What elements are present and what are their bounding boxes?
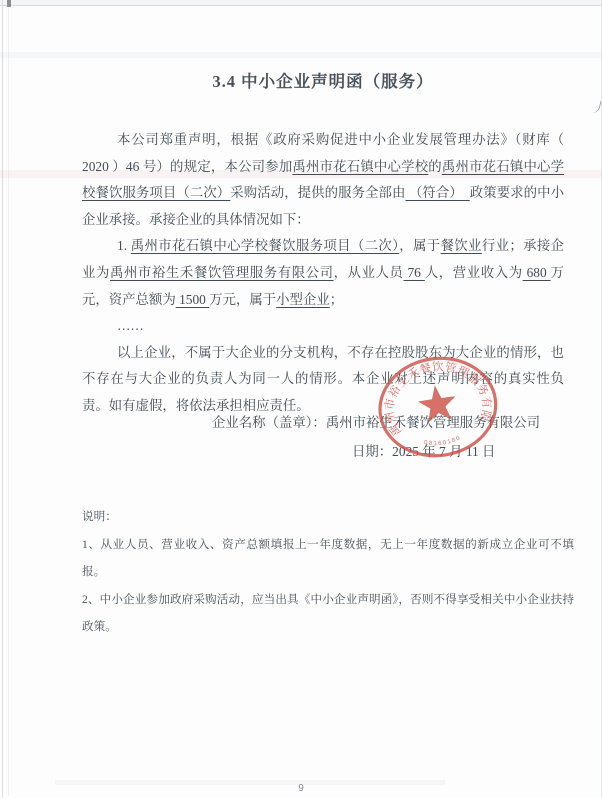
underlined-field: 76 [404,265,425,280]
underlined-field: 禹州市花石镇中心学校 [292,159,428,174]
scan-corner-artifact [7,0,11,7]
text-run: 采购活动，提供的服务全部由 [230,185,405,200]
text-run: 人，营业收入为 [425,265,523,280]
date-value: 2025 年 7 月 11 日 [392,444,495,459]
page-number: 9 [0,783,602,794]
notes-list: 1、从业人员、营业收入、资产总额填报上一年度数据，无上一年度数据的新成立企业可不… [82,531,574,641]
underlined-field: 1500 [176,292,209,307]
text-run: …… [117,318,144,333]
text-run: 的 [428,159,442,174]
underlined-field: （符合） [406,185,470,200]
document-title: 3.4 中小企业声明函（服务） [82,68,564,92]
signature-company-line: 企业名称（盖章）：禹州市裕生禾餐饮管理服务有限公司 [212,412,540,431]
note-item: 1、从业人员、营业收入、资产总额填报上一年度数据，无上一年度数据的新成立企业可不… [82,531,574,586]
company-name-value: 禹州市裕生禾餐饮管理服务有限公司 [326,415,540,430]
scan-edge-left-inner-line [8,6,9,796]
paragraph: 以上企业，不属于大企业的分支机构，不存在控股股东为大企业的情形，也不存在与大企业… [82,340,564,420]
underlined-field: 小型企业 [276,292,330,307]
date-label: 日期： [352,444,392,459]
text-run: 万元，属于 [209,292,276,307]
paragraph: 1. 禹州市花石镇中心学校餐饮服务项目（二次），属于餐饮业行业；承接企业为禹州市… [82,233,564,313]
text-run: 以上企业，不属于大企业的分支机构，不存在控股股东为大企业的情形，也不存在与大企业… [82,345,564,413]
underlined-field: 680 [523,265,551,280]
paragraph: 本公司郑重声明，根据《政府采购促进中小企业发展管理办法》（财库（ 2020 ）4… [82,127,564,233]
notes-heading: 说明： [82,503,574,531]
underlined-field: 禹州市花石镇中心学校餐饮服务项目（二次） [131,238,399,253]
text-run: ，从业人员 [334,265,404,280]
scan-band-artifact [0,52,602,58]
text-run: 1. [117,238,131,253]
scan-edge-left-line [2,0,3,798]
scan-edge-top-line [0,5,602,6]
scan-curl-artifact [590,99,601,115]
signature-date-line: 日期：2025 年 7 月 11 日 [352,441,495,460]
underlined-field: 禹州市裕生禾餐饮管理服务有限公司 [110,265,334,280]
company-seal-label: 企业名称（盖章）： [212,415,326,430]
notes-section: 说明： 1、从业人员、营业收入、资产总额填报上一年度数据，无上一年度数据的新成立… [82,503,574,641]
underlined-field: 餐饮业 [441,238,482,253]
declaration-body: 本公司郑重声明，根据《政府采购促进中小企业发展管理办法》（财库（ 2020 ）4… [82,127,564,420]
scanned-document-page: 3.4 中小企业声明函（服务） 本公司郑重声明，根据《政府采购促进中小企业发展管… [0,0,602,798]
text-run: ； [330,292,343,307]
text-run: ，属于 [399,238,440,253]
note-item: 2、中小企业参加政府采购活动，应当出具《中小企业声明函》，否则不得享受相关中小企… [82,586,574,641]
paragraph: …… [82,313,564,340]
